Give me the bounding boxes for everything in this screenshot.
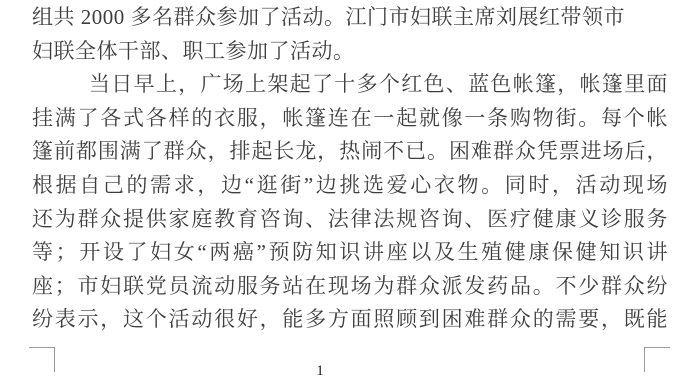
body-text-line: 妇联全体干部、职工参加了活动。 xyxy=(32,35,668,69)
body-text-line: 座；市妇联党员流动服务站在现场为群众派发药品。不少群众纷 xyxy=(32,270,668,304)
body-text-line: 根据自己的需求，边“逛街”边挑选爱心衣物。同时，活动现场 xyxy=(32,169,668,203)
body-text-line: 挂满了各式各样的衣服，帐篷连在一起就像一条购物街。每个帐 xyxy=(32,102,668,136)
body-text-line: 篷前都围满了群众，排起长龙，热闹不已。困难群众凭票进场后， xyxy=(32,135,668,169)
body-text-line: 纷表示，这个活动很好，能多方面照顾到困难群众的需要，既能 xyxy=(32,303,668,337)
body-text-line: 组共 2000 多名群众参加了活动。江门市妇联主席刘展红带领市 xyxy=(32,1,668,35)
document-text-block: 组共 2000 多名群众参加了活动。江门市妇联主席刘展红带领市 妇联全体干部、职… xyxy=(32,1,668,337)
page-number: 1 xyxy=(290,363,350,380)
body-text-line: 当日早上，广场上架起了十多个红色、蓝色帐篷，帐篷里面 xyxy=(32,68,668,102)
body-text-line: 还为群众提供家庭教育咨询、法律法规咨询、医疗健康义诊服务 xyxy=(32,203,668,237)
body-text-line: 等；开设了妇女“两癌”预防知识讲座以及生殖健康保健知识讲 xyxy=(32,236,668,270)
text-boundary-crop-mark-bottom-left xyxy=(29,347,55,372)
text-boundary-crop-mark-bottom-right xyxy=(644,347,670,372)
